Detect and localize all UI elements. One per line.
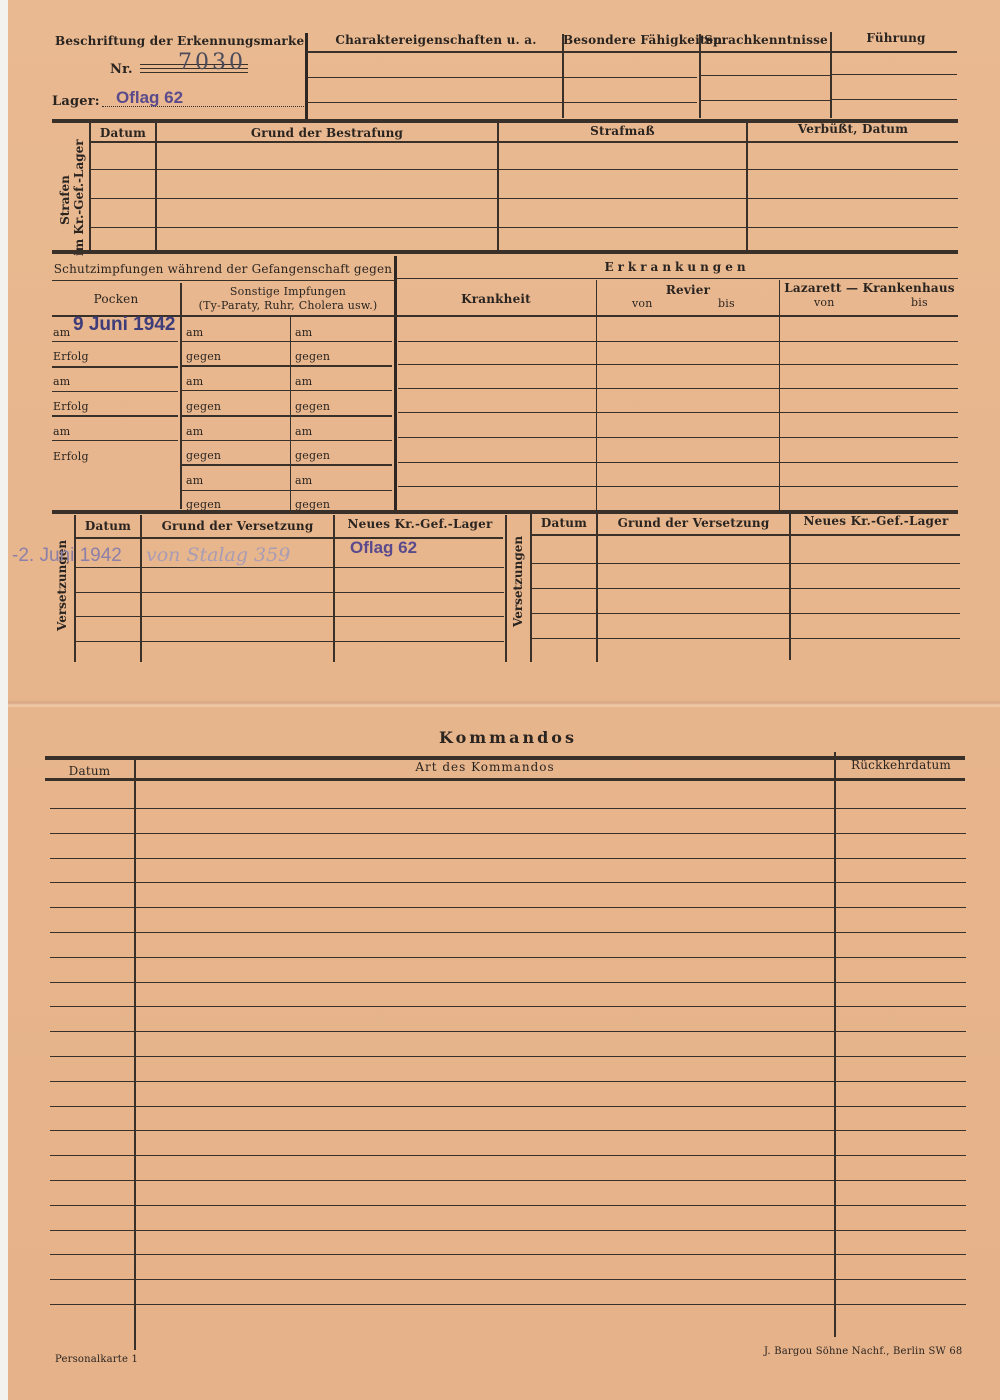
row-line <box>50 1180 966 1181</box>
pocken-erfolg: Erfolg <box>53 350 89 363</box>
sonstige-gegen: gegen <box>295 400 330 413</box>
versetzung-grund-handwritten: von Stalag 359 <box>146 544 290 566</box>
pocken-am: am <box>53 425 70 438</box>
col-art: Art des Kommandos <box>136 760 834 774</box>
col-krankheit: Krankheit <box>396 292 596 306</box>
col-datum: Datum <box>45 764 134 778</box>
divider <box>779 280 780 510</box>
row-line <box>50 1304 966 1305</box>
sonstige-am: am <box>186 375 203 388</box>
header-rule <box>75 537 503 539</box>
footer-printer: J. Bargou Söhne Nachf., Berlin SW 68 <box>764 1346 963 1357</box>
row-line <box>398 412 958 413</box>
col-fuehrung: Führung <box>832 31 960 45</box>
row-line <box>52 366 178 368</box>
row-line <box>532 613 960 614</box>
row-line <box>398 341 958 342</box>
lazarett-von: von <box>814 296 835 309</box>
marke-title: Beschriftung der Erkennungsmarke <box>55 34 300 48</box>
divider <box>830 32 832 118</box>
divider <box>290 317 291 510</box>
versetzung-datum-stamp: -2. Juni 1942 <box>12 545 122 567</box>
row-line <box>182 365 392 367</box>
row-line <box>50 1155 966 1156</box>
row-line <box>398 388 958 389</box>
row-line <box>182 464 392 466</box>
row-line <box>52 415 178 417</box>
col-revier: Revier <box>598 283 778 297</box>
row-line <box>52 341 178 342</box>
col-faehigkeiten: Besondere Fähigkeiten <box>563 33 700 47</box>
pocken-am: am <box>53 326 70 339</box>
col-datum: Datum <box>76 519 140 533</box>
lager-label: Lager: <box>52 94 100 109</box>
row-line <box>76 641 504 642</box>
col-grund: Grund der Versetzung <box>142 519 333 533</box>
row-line <box>182 341 392 342</box>
nr-label: Nr. <box>110 62 133 77</box>
sonstige-am: am <box>186 326 203 339</box>
sonstige-gegen: gegen <box>295 449 330 462</box>
row-line <box>50 1205 966 1206</box>
pocken-stamp: 9 Juni 1942 <box>73 314 175 336</box>
nr-value: 7030 <box>178 50 246 75</box>
row-line <box>832 74 957 75</box>
row-line <box>398 364 958 365</box>
row-line <box>832 99 957 100</box>
row-line <box>307 102 697 103</box>
row-line <box>50 1056 966 1057</box>
sonstige-am: am <box>295 474 312 487</box>
row-line <box>50 808 966 809</box>
divider <box>834 752 836 1337</box>
sonstige-gegen: gegen <box>295 350 330 363</box>
sonstige-am: am <box>295 326 312 339</box>
col-sonstige-sub: (Ty-Paraty, Ruhr, Cholera usw.) <box>182 299 394 312</box>
sonstige-am: am <box>186 425 203 438</box>
versetzung-lager-stamp: Oflag 62 <box>350 538 417 558</box>
row-line <box>50 882 966 883</box>
row-line <box>50 932 966 933</box>
pocken-erfolg: Erfolg <box>53 400 89 413</box>
row-line <box>50 1279 966 1280</box>
row-line <box>532 638 960 639</box>
row-line <box>50 1230 966 1231</box>
row-line <box>76 567 504 568</box>
row-line <box>52 440 178 441</box>
strafen-side-label: Strafen im Kr.-Gef.-Lager <box>58 144 86 256</box>
versetzungen-side-label: Versetzungen <box>511 547 525 627</box>
header-rule <box>52 315 958 317</box>
footer-form-number: Personalkarte 1 <box>55 1354 138 1365</box>
col-datum: Datum <box>91 126 155 140</box>
col-verbuesst: Verbüßt, Datum <box>748 122 958 136</box>
divider <box>505 515 507 662</box>
row-line <box>398 462 958 463</box>
revier-von: von <box>632 297 653 310</box>
row-line <box>50 1006 966 1007</box>
col-grund: Grund der Bestrafung <box>157 126 497 140</box>
row-line <box>50 982 966 983</box>
col-sonstige: Sonstige Impfungen <box>182 285 394 298</box>
row-line <box>90 169 958 170</box>
row-line <box>182 490 392 491</box>
divider <box>134 758 136 1350</box>
row-line <box>76 592 504 593</box>
row-line <box>398 437 958 438</box>
header-rule <box>396 278 958 279</box>
row-line <box>307 77 697 78</box>
row-line <box>50 1130 966 1131</box>
row-line <box>532 563 960 564</box>
col-neues-lager: Neues Kr.-Gef.-Lager <box>335 517 505 531</box>
row-line <box>182 415 392 417</box>
row-line <box>700 100 830 101</box>
scan-edge <box>0 0 8 1400</box>
col-sprachen: Sprachkenntnisse <box>702 33 830 47</box>
sonstige-gegen: gegen <box>186 350 221 363</box>
row-line <box>182 440 392 441</box>
strafen-label-sub: im Kr.-Gef.-Lager <box>72 139 86 256</box>
row-line <box>182 390 392 391</box>
col-datum: Datum <box>532 516 596 530</box>
row-line <box>76 616 504 617</box>
sonstige-am: am <box>186 474 203 487</box>
paper-fold <box>8 700 1000 708</box>
col-strafmass: Strafmaß <box>499 124 746 138</box>
header-rule <box>532 534 960 536</box>
col-grund: Grund der Versetzung <box>598 516 789 530</box>
revier-bis: bis <box>718 297 735 310</box>
impfungen-title: Schutzimpfungen während der Gefangenscha… <box>52 262 394 276</box>
pocken-am: am <box>53 375 70 388</box>
strafen-label: Strafen <box>58 175 72 225</box>
row-line <box>52 391 178 392</box>
lager-stamp: Oflag 62 <box>116 88 183 108</box>
row-line <box>50 833 966 834</box>
col-pocken: Pocken <box>52 292 180 306</box>
row-line <box>700 75 830 76</box>
sonstige-gegen: gegen <box>186 449 221 462</box>
row-line <box>398 486 958 487</box>
lazarett-bis: bis <box>911 296 928 309</box>
col-charakter: Charaktereigenschaften u. a. <box>310 33 562 47</box>
row-line <box>90 198 958 199</box>
pocken-erfolg: Erfolg <box>53 450 89 463</box>
row-line <box>50 907 966 908</box>
divider <box>699 34 701 118</box>
row-line <box>532 588 960 589</box>
header-rule <box>52 280 394 281</box>
row-line <box>50 1081 966 1082</box>
col-lazarett: Lazarett — Krankenhaus <box>781 281 958 295</box>
row-line <box>50 1106 966 1107</box>
row-line <box>50 1031 966 1032</box>
divider <box>596 280 597 510</box>
row-line <box>50 957 966 958</box>
erkrankungen-title: Erkrankungen <box>396 260 958 274</box>
row-line <box>50 858 966 859</box>
row-line <box>90 227 958 228</box>
col-neues-lager: Neues Kr.-Gef.-Lager <box>791 514 961 528</box>
header-rule <box>89 141 958 143</box>
row-line <box>50 1254 966 1255</box>
sonstige-am: am <box>295 375 312 388</box>
header-rule <box>307 51 957 53</box>
sonstige-am: am <box>295 425 312 438</box>
col-rueckkehr: Rückkehrdatum <box>836 758 966 772</box>
divider <box>562 34 564 118</box>
section-rule <box>52 250 958 254</box>
sonstige-gegen: gegen <box>186 400 221 413</box>
kommandos-title: Kommandos <box>0 728 1000 747</box>
header-rule <box>45 778 965 781</box>
